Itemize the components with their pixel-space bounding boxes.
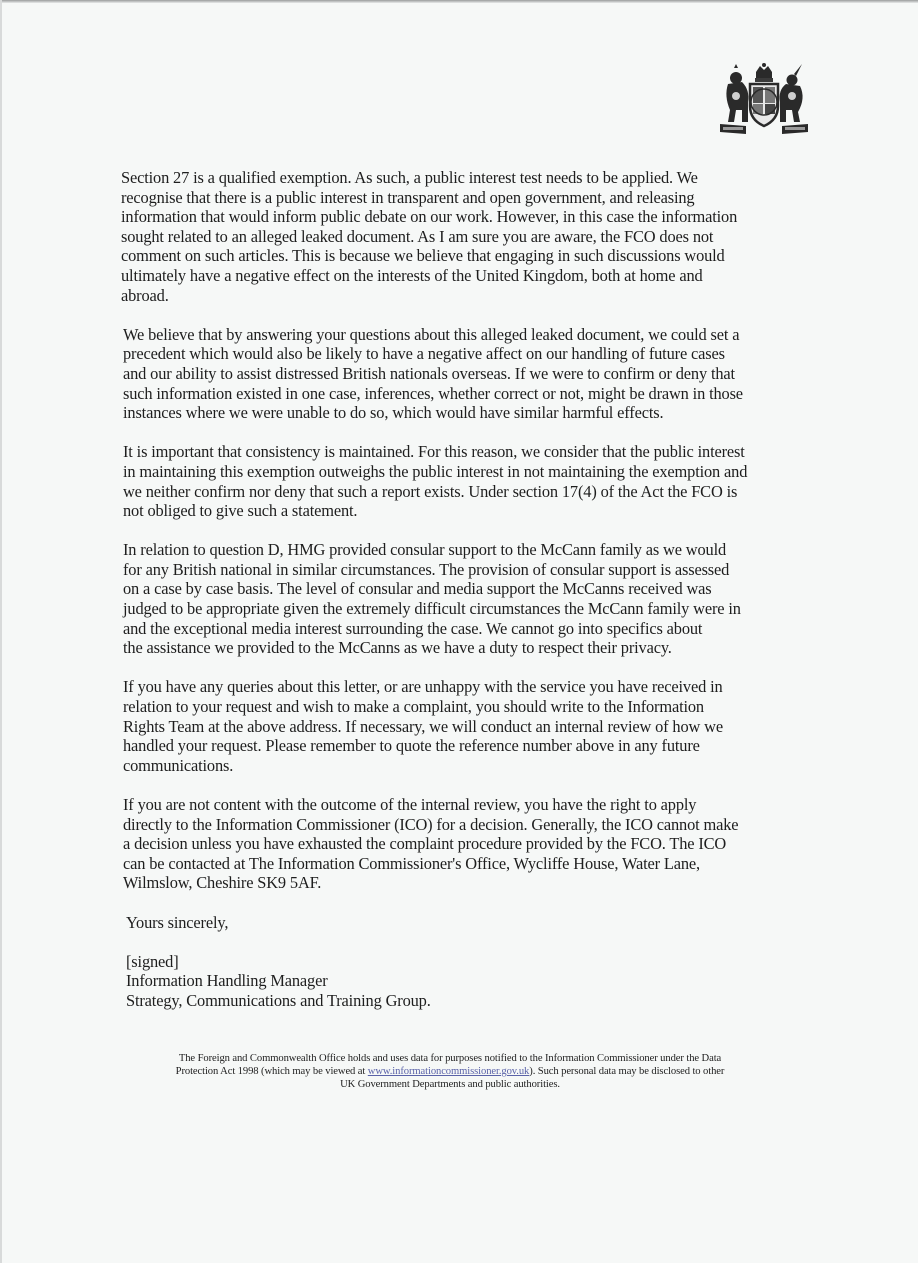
footer-line-2-suffix: ). Such personal data may be disclosed t… [529,1066,724,1077]
footer-line-1: The Foreign and Commonwealth Office hold… [130,1052,770,1065]
scan-edge-left [0,0,2,1263]
closing-salutation: Yours sincerely, [126,913,821,933]
signature-signed: [signed] [126,952,821,972]
paragraph-consistency: It is important that consistency is main… [123,442,821,520]
paragraph-precedent: We believe that by answering your questi… [123,325,821,423]
paragraph-section-27-exemption: Section 27 is a qualified exemption. As … [121,168,821,305]
letter-body: Section 27 is a qualified exemption. As … [121,168,821,1011]
paragraph-ico-review: If you are not content with the outcome … [123,795,821,893]
scan-edge-top [0,0,918,3]
signatory-title: Information Handling Manager [126,971,821,991]
signature-block: [signed] Information Handling Manager St… [126,952,821,1011]
data-protection-footer: The Foreign and Commonwealth Office hold… [130,1052,770,1091]
paragraph-queries-complaints: If you have any queries about this lette… [123,677,821,775]
footer-line-3: UK Government Departments and public aut… [130,1078,770,1091]
ico-website-link[interactable]: www.informationcommissioner.gov.uk [368,1066,529,1077]
footer-line-2-prefix: Protection Act 1998 (which may be viewed… [176,1066,368,1077]
footer-line-2: Protection Act 1998 (which may be viewed… [130,1065,770,1078]
paragraph-question-d: In relation to question D, HMG provided … [123,540,821,658]
royal-coat-of-arms-icon [716,62,812,138]
signatory-group: Strategy, Communications and Training Gr… [126,991,821,1011]
